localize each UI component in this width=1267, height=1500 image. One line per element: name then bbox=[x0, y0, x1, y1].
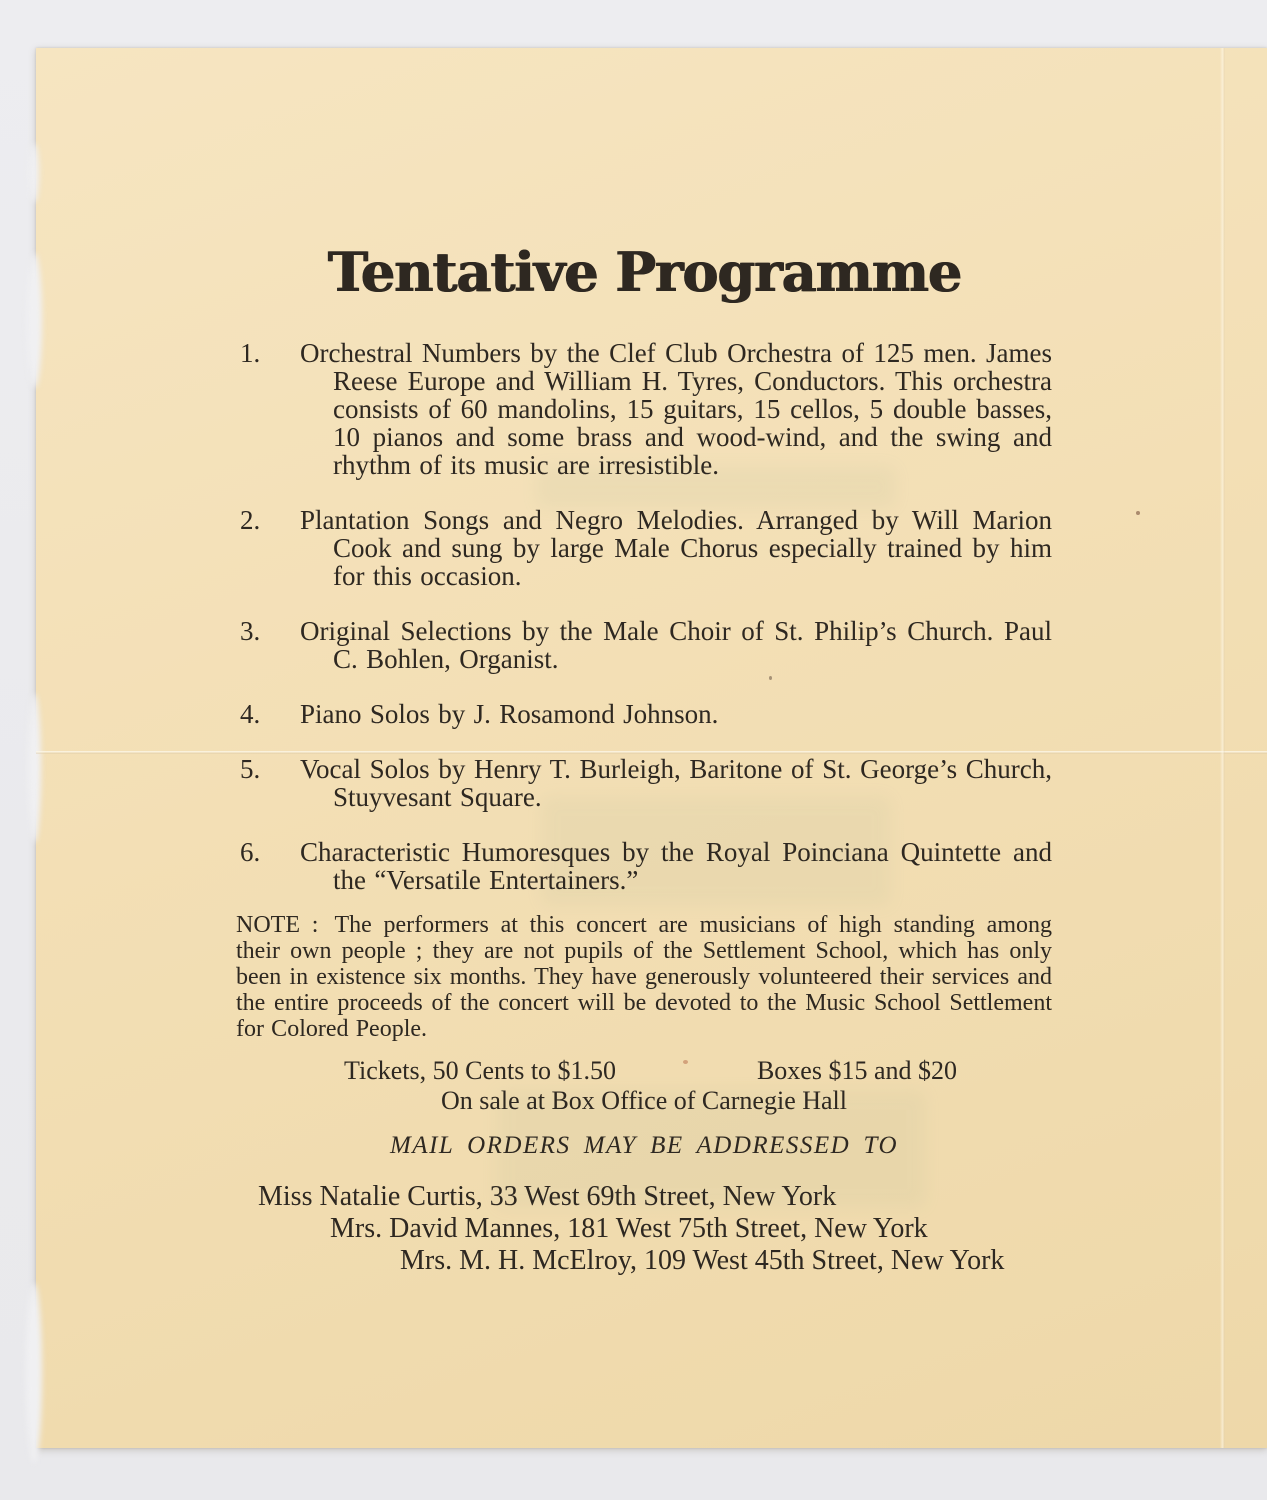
note-label: NOTE : bbox=[236, 912, 318, 938]
torn-paper-edge bbox=[27, 253, 42, 388]
sale-location: On sale at Box Office of Carnegie Hall bbox=[236, 1086, 1052, 1116]
item-text: Original Selections by the Male Choir of… bbox=[300, 617, 1052, 673]
programme-item: 5. Vocal Solos by Henry T. Burleigh, Bar… bbox=[236, 755, 1052, 811]
item-number: 1. bbox=[236, 339, 300, 479]
address-line: Mrs. M. H. McElroy, 109 West 45th Street… bbox=[236, 1245, 1052, 1277]
programme-item: 2. Plantation Songs and Negro Melodies. … bbox=[236, 506, 1052, 590]
item-text: Piano Solos by J. Rosamond Johnson. bbox=[300, 700, 1052, 728]
mail-order-addresses: Miss Natalie Curtis, 33 West 69th Street… bbox=[236, 1181, 1052, 1277]
torn-paper-edge bbox=[28, 693, 41, 843]
address-line: Mrs. David Mannes, 181 West 75th Street,… bbox=[236, 1213, 1052, 1245]
paper-speck bbox=[1136, 511, 1140, 515]
item-number: 2. bbox=[236, 506, 300, 590]
item-text: Vocal Solos by Henry T. Burleigh, Barito… bbox=[300, 755, 1052, 811]
page-title: Tentative Programme bbox=[236, 243, 1052, 301]
programme-page: Tentative Programme 1. Orchestral Number… bbox=[36, 48, 1267, 1448]
torn-paper-edge bbox=[26, 1283, 42, 1463]
scan-background: Tentative Programme 1. Orchestral Number… bbox=[0, 0, 1267, 1500]
programme-item: 6. Characteristic Humoresques by the Roy… bbox=[236, 838, 1052, 894]
ticket-prices-row: Tickets, 50 Cents to $1.50 Boxes $15 and… bbox=[236, 1056, 1052, 1086]
programme-item: 4. Piano Solos by J. Rosamond Johnson. bbox=[236, 700, 1052, 728]
item-number: 6. bbox=[236, 838, 300, 894]
mail-orders-heading: MAIL ORDERS MAY BE ADDRESSED TO bbox=[236, 1131, 1052, 1161]
programme-list: 1. Orchestral Numbers by the Clef Club O… bbox=[236, 339, 1052, 894]
item-text: Orchestral Numbers by the Clef Club Orch… bbox=[300, 339, 1052, 479]
programme-item: 1. Orchestral Numbers by the Clef Club O… bbox=[236, 339, 1052, 479]
programme-item: 3. Original Selections by the Male Choir… bbox=[236, 617, 1052, 673]
box-prices: Boxes $15 and $20 bbox=[757, 1056, 957, 1086]
address-line: Miss Natalie Curtis, 33 West 69th Street… bbox=[236, 1181, 1052, 1213]
torn-paper-edge bbox=[29, 143, 39, 203]
ticket-prices: Tickets, 50 Cents to $1.50 bbox=[344, 1056, 616, 1086]
note-paragraph: NOTE :The performers at this concert are… bbox=[236, 912, 1052, 1042]
vertical-fold-crease bbox=[1220, 48, 1225, 1448]
note-text: The performers at this concert are music… bbox=[236, 912, 1052, 1042]
item-number: 3. bbox=[236, 617, 300, 673]
programme-content: Tentative Programme 1. Orchestral Number… bbox=[236, 243, 1052, 1277]
item-text: Characteristic Humoresques by the Royal … bbox=[300, 838, 1052, 894]
item-number: 5. bbox=[236, 755, 300, 811]
item-text: Plantation Songs and Negro Melodies. Arr… bbox=[300, 506, 1052, 590]
item-number: 4. bbox=[236, 700, 300, 728]
